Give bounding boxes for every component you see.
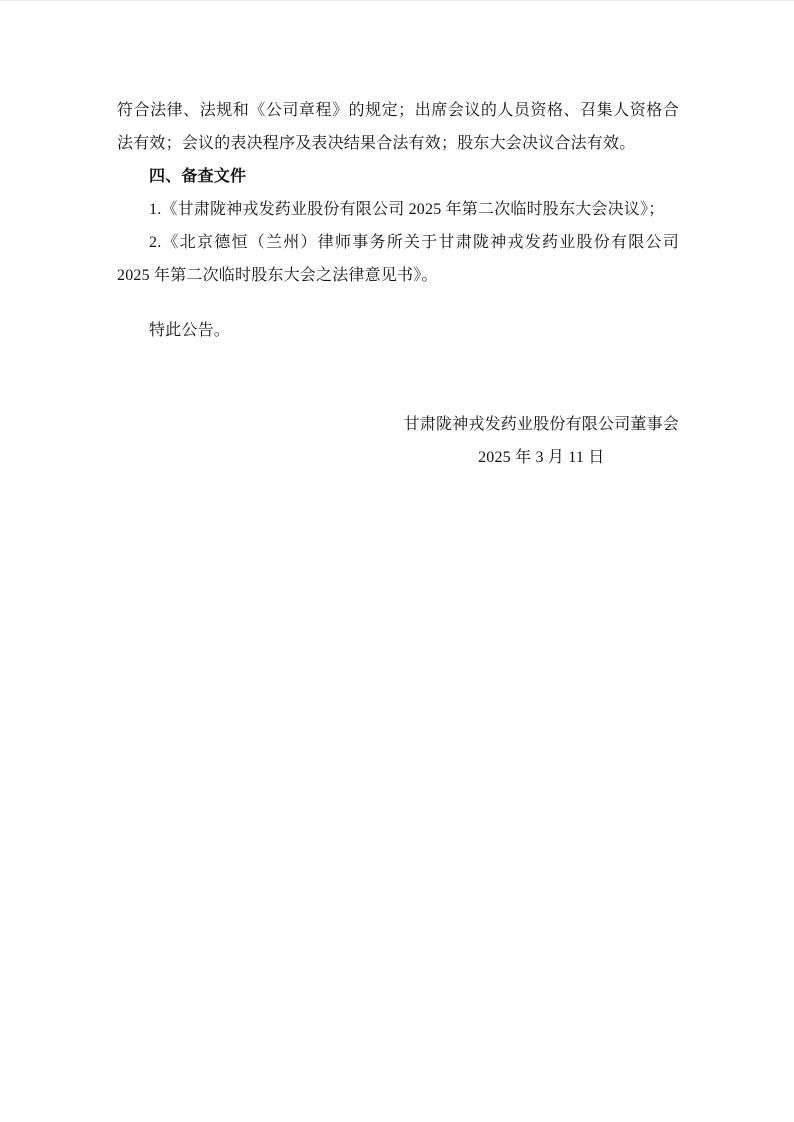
list-item-resolution: 1.《甘肃陇神戎发药业股份有限公司 2025 年第二次临时股东大会决议》； xyxy=(117,193,679,226)
signature-block: 甘肃陇神戎发药业股份有限公司董事会 2025 年 3 月 11 日 xyxy=(404,408,679,474)
closing-statement: 特此公告。 xyxy=(117,314,679,347)
section-heading-reference-documents: 四、备查文件 xyxy=(117,160,679,193)
document-content: 符合法律、法规和《公司章程》的规定；出席会议的人员资格、召集人资格合法有效；会议… xyxy=(117,94,679,474)
paragraph-legal-validity: 符合法律、法规和《公司章程》的规定；出席会议的人员资格、召集人资格合法有效；会议… xyxy=(117,94,679,160)
list-item-legal-opinion: 2.《北京德恒（兰州）律师事务所关于甘肃陇神戎发药业股份有限公司 2025 年第… xyxy=(117,226,679,292)
document-page: 符合法律、法规和《公司章程》的规定；出席会议的人员资格、召集人资格合法有效；会议… xyxy=(0,0,794,1122)
signature-area: 甘肃陇神戎发药业股份有限公司董事会 2025 年 3 月 11 日 xyxy=(117,408,679,474)
signature-company-board: 甘肃陇神戎发药业股份有限公司董事会 xyxy=(404,408,679,441)
signature-date: 2025 年 3 月 11 日 xyxy=(404,441,679,474)
